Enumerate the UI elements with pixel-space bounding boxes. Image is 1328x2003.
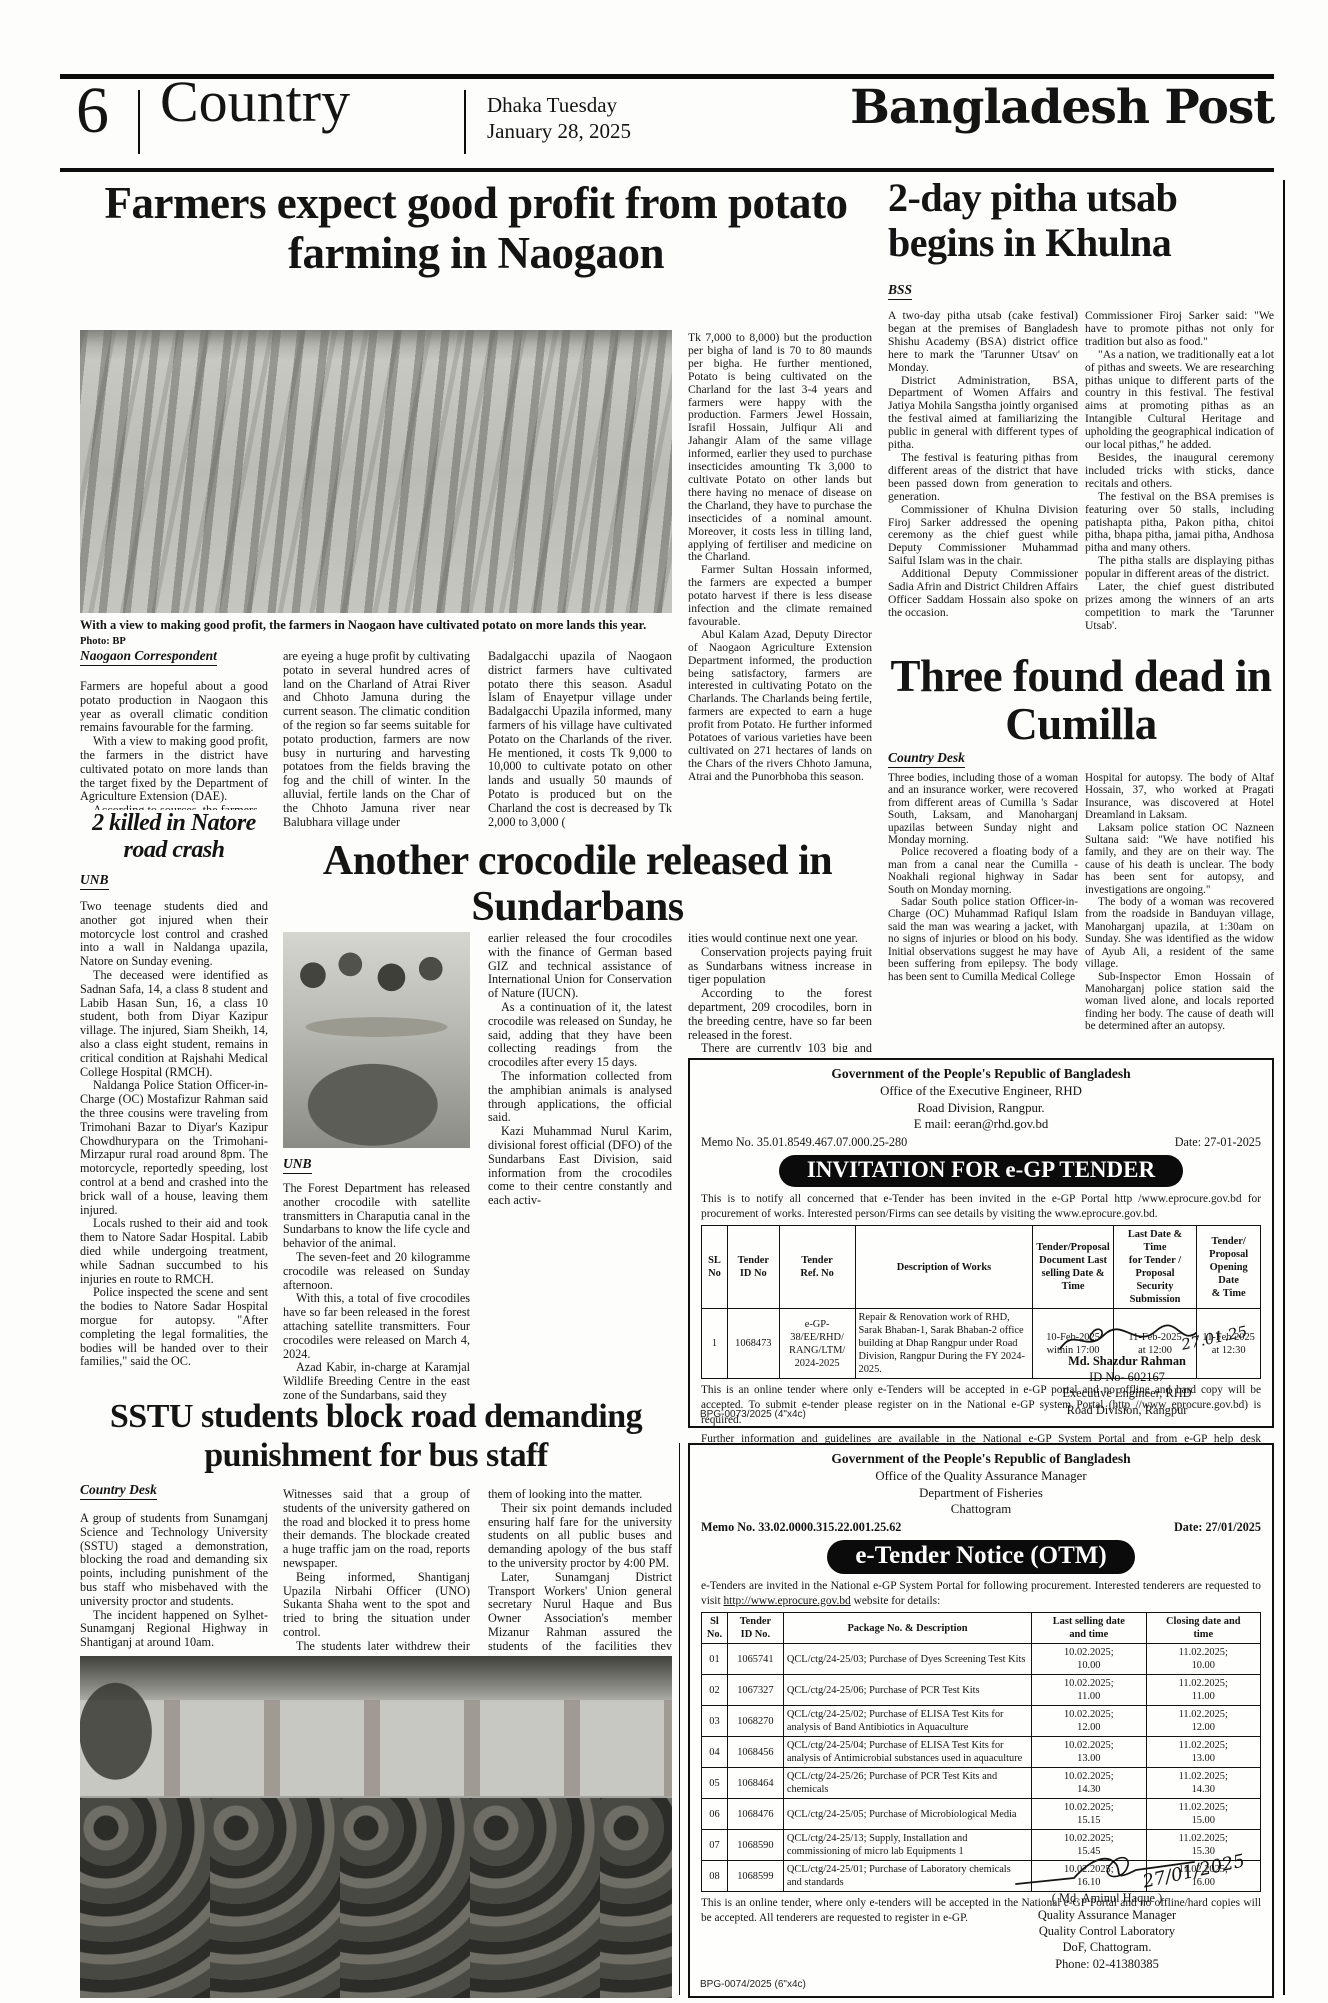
potato-column-4: Tk 7,000 to 8,000) but the production pe…	[688, 332, 872, 836]
pitha-column-1: A two-day pitha utsab (cake festival) be…	[888, 310, 1078, 658]
tender2-intro-post: website for details:	[851, 1595, 941, 1607]
sstu-column-2: Witnesses said that a group of students …	[283, 1488, 470, 1650]
tender1-signer-id: ID No- 602167	[1022, 1369, 1232, 1385]
tender1-signer-office: Road Division, Rangpur	[1022, 1402, 1232, 1418]
potato-column-3: Badalgacchi upazila of Naogaon district …	[488, 650, 672, 838]
natore-column: Two teenage students died and another go…	[80, 900, 268, 1458]
cumilla-country-desk-byline: Country Desk	[888, 750, 965, 768]
tender1-memo-no: Memo No. 35.01.8549.467.07.000.25-280	[701, 1135, 907, 1150]
naogaon-correspondent-byline: Naogaon Correspondent	[80, 648, 217, 666]
tender2-memo-row: Memo No. 33.02.0000.315.22.001.25.62 Dat…	[701, 1520, 1261, 1535]
newspaper-page: 6 Country Dhaka Tuesday January 28, 2025…	[0, 0, 1328, 2003]
tender2-signer-lab: Quality Control Laboratory	[992, 1923, 1222, 1939]
tender1-table-header: SL NoTender ID NoTender Ref. NoDescripti…	[702, 1226, 1261, 1309]
tender2-city-line: Chattogram	[701, 1501, 1261, 1518]
tender1-intro: This is to notify all concerned that e-T…	[701, 1192, 1261, 1222]
tender2-office-line: Office of the Quality Assurance Manager	[701, 1468, 1261, 1485]
tender1-ref-code: BPG-0073/2025 (4"x4c)	[700, 1409, 806, 1420]
natore-headline: 2 killed in Natore road crash	[80, 810, 268, 864]
dateline-date: January 28, 2025	[487, 118, 631, 144]
sstu-protest-photo	[80, 1656, 672, 1998]
header-divider-2	[464, 90, 466, 154]
cumilla-column-1: Three bodies, including those of a woman…	[888, 772, 1078, 1052]
dof-tender-notice-box: Government of the People's Republic of B…	[688, 1443, 1274, 1998]
sstu-country-desk-byline: Country Desk	[80, 1482, 157, 1500]
pitha-column-2: Commissioner Firoj Sarker said: "We have…	[1085, 310, 1274, 658]
pitha-headline: 2-day pitha utsab begins in Khulna	[888, 176, 1274, 266]
tender2-division-line: Department of Fisheries	[701, 1485, 1261, 1502]
tender1-email-line: E mail: eeran@rhd.gov.bd	[701, 1116, 1261, 1133]
otm-notice-pill-title: e-Tender Notice (OTM)	[827, 1540, 1134, 1574]
natore-unb-byline: UNB	[80, 872, 109, 890]
potato-field-photo	[80, 330, 672, 613]
tender2-eprocure-link: http://www.eprocure.gov.bd	[723, 1595, 850, 1607]
sstu-column-3: them of looking into the matter.Their si…	[488, 1488, 672, 1650]
potato-photo-caption: With a view to making good profit, the f…	[80, 618, 672, 649]
tender1-date: Date: 27-01-2025	[1175, 1135, 1261, 1150]
page-number: 6	[76, 78, 109, 144]
potato-column-1: Farmers are hopeful about a good potato …	[80, 680, 268, 810]
tender2-signer-phone: Phone: 02-41380385	[992, 1956, 1222, 1972]
crocodile-column-2: earlier released the four crocodiles wit…	[488, 932, 672, 1402]
crocodile-column-3: ities would continue next one year.Conse…	[688, 932, 872, 1052]
tender1-office-line: Office of the Executive Engineer, RHD	[701, 1083, 1261, 1100]
dateline-day: Dhaka Tuesday	[487, 92, 631, 118]
tender1-government-line: Government of the People's Republic of B…	[701, 1066, 1261, 1083]
tender2-signer-title: Quality Assurance Manager	[992, 1907, 1222, 1923]
tender1-signer-name: Md. Shazdur Rahman	[1022, 1353, 1232, 1369]
tender2-signer-name: ( Md. Aminul Haque )	[992, 1890, 1222, 1906]
column-divider-rule	[679, 1443, 680, 1995]
potato-column-2: are eyeing a huge profit by cultivating …	[283, 650, 470, 838]
masthead: Bangladesh Post	[850, 84, 1274, 131]
tender2-memo-no: Memo No. 33.02.0000.315.22.001.25.62	[701, 1520, 901, 1535]
egp-tender-pill-title: INVITATION FOR e-GP TENDER	[779, 1155, 1183, 1187]
sstu-headline: SSTU students block road demanding punis…	[80, 1398, 672, 1476]
tender2-intro: e-Tenders are invited in the National e-…	[701, 1579, 1261, 1609]
potato-photo-credit: Photo: BP	[80, 636, 126, 647]
section-title: Country	[160, 70, 350, 134]
tender1-memo-row: Memo No. 35.01.8549.467.07.000.25-280 Da…	[701, 1135, 1261, 1150]
pitha-bss-byline: BSS	[888, 282, 912, 300]
tender1-division-line: Road Division, Rangpur.	[701, 1100, 1261, 1117]
right-edge-rule	[1283, 180, 1285, 1995]
crocodile-release-photo	[283, 932, 470, 1148]
tender2-government-line: Government of the People's Republic of B…	[701, 1451, 1261, 1468]
crocodile-column-1: The Forest Department has released anoth…	[283, 1182, 470, 1408]
crocodile-unb-byline: UNB	[283, 1156, 312, 1174]
header-rule	[60, 168, 1274, 172]
dateline: Dhaka Tuesday January 28, 2025	[487, 92, 631, 145]
cumilla-headline: Three found dead in Cumilla	[888, 652, 1274, 748]
tender2-signature-block: 27/01/2025 ( Md. Aminul Haque ) Quality …	[992, 1850, 1222, 1972]
tender1-signature-block: 27.01.25 Md. Shazdur Rahman ID No- 60216…	[1022, 1323, 1232, 1419]
tender2-date: Date: 27/01/2025	[1174, 1520, 1261, 1535]
potato-caption-text: With a view to making good profit, the f…	[80, 618, 646, 632]
crocodile-headline: Another crocodile released in Sundarbans	[283, 838, 872, 930]
header-divider-1	[138, 90, 140, 154]
cumilla-column-2: Hospital for autopsy. The body of Altaf …	[1085, 772, 1274, 1052]
tender2-table-header: Sl No.Tender ID No.Package No. & Descrip…	[702, 1613, 1261, 1644]
tender1-signer-title: Executive Engineer, RHD	[1022, 1385, 1232, 1401]
sstu-column-1: A group of students from Sunamganj Scien…	[80, 1512, 268, 1650]
potato-headline: Farmers expect good profit from potato f…	[80, 178, 872, 279]
rhd-tender-notice-box: Government of the People's Republic of B…	[688, 1058, 1274, 1428]
tender2-signer-office: DoF, Chattogram.	[992, 1939, 1222, 1955]
tender2-ref-code: BPG-0074/2025 (6"x4c)	[700, 1979, 806, 1990]
